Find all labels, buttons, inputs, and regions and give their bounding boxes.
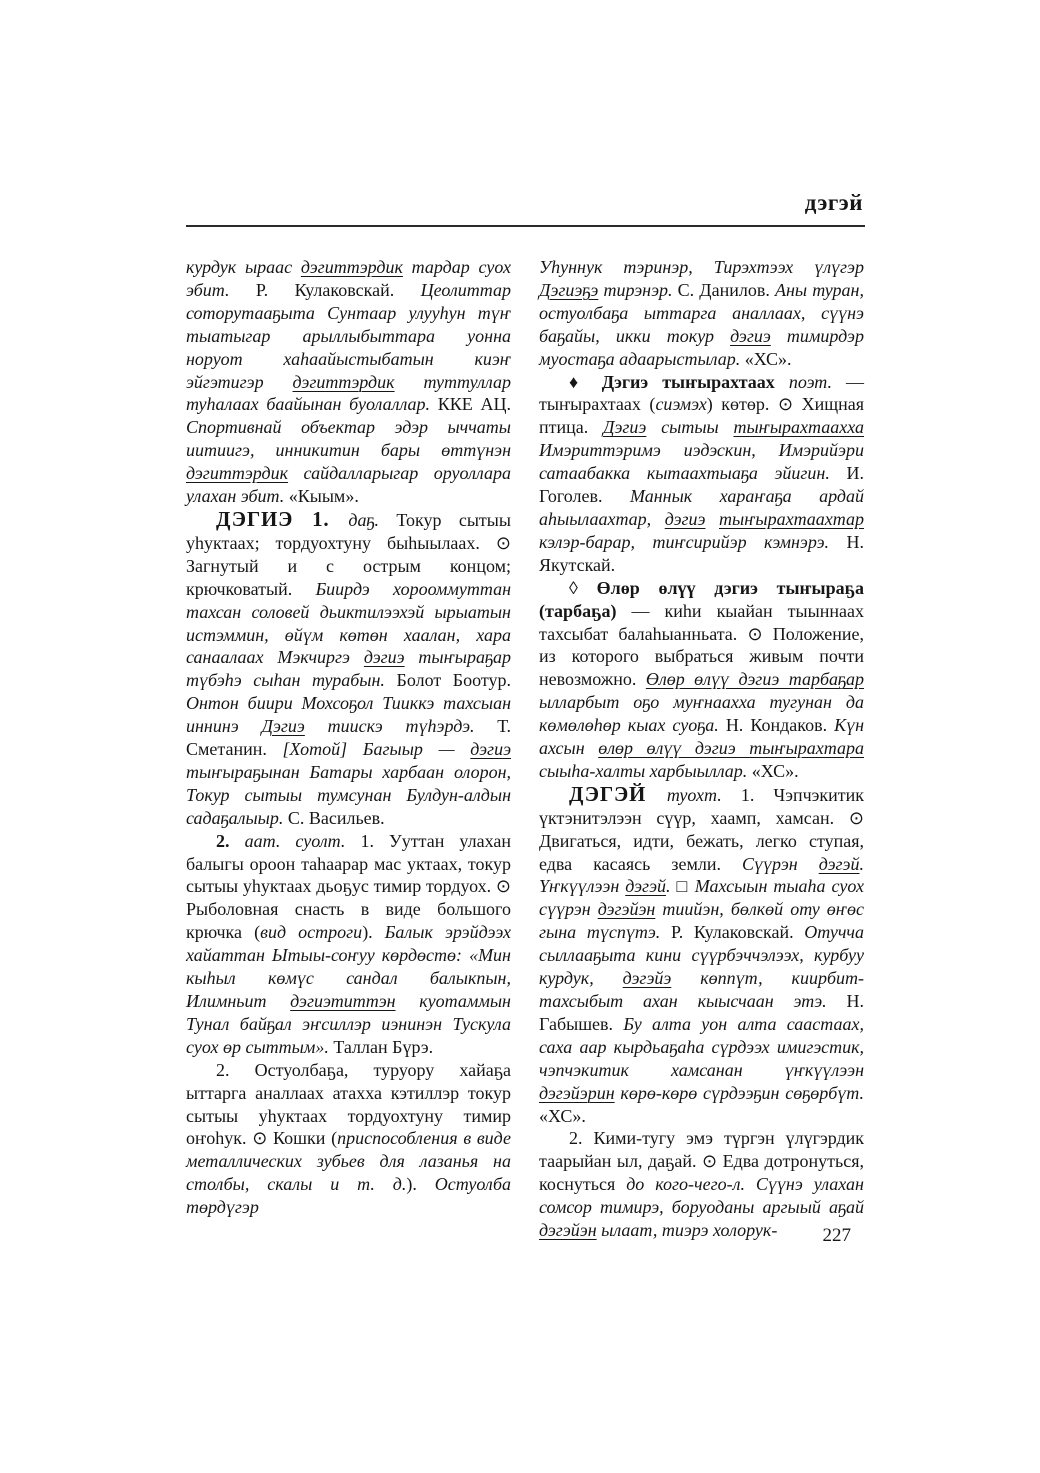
text-segment: дэгиттэрдик [186,463,288,483]
text-segment: дэгэйэрин [539,1083,615,1103]
text-segment: Спортивнай объектар эдэр ыччаты иитиигэ,… [186,417,511,460]
text-segment: дэгиттэрдик [301,257,403,277]
text-segment: туохт. [667,785,741,805]
paragraph: 2. аат. суолт. 1. Ууттан улахан балыгы о… [186,830,511,1059]
text-segment: Кошки ( [273,1128,337,1148]
text-segment: тиискэ түһэрдэ. [305,716,497,736]
text-segment: Р. Кулаковскай. [256,280,421,300]
text-segment: Дэгиэ тыҥырахтаах [602,372,789,392]
paragraph: Уһуннук тэринэр, Тирэхтээх үлүгэр Дэгиэҕ… [539,256,864,371]
text-segment: ) көтөр. [707,394,778,414]
text-segment: сыыһа-халты харбыыллар. [539,761,752,781]
text-segment: кэлэр-барар, тиҥсирийэр кэмнэрэ. [539,532,847,552]
text-segment: тирэнэр. [598,280,677,300]
text-segment: дэгиэ [470,739,511,759]
text-segment: «ХС». [745,349,792,369]
marker-symbol: ♦ [569,372,602,392]
text-segment: дэгэй [819,854,860,874]
text-segment: ). [362,922,385,942]
text-segment: до кого-чего-л. [626,1174,756,1194]
text-segment: дэгэйэ [623,968,672,988]
text-segment: дэгиэтиттэн [290,991,395,1011]
text-segment: дэгиттэрдик [293,372,395,392]
marker-symbol: □ [676,876,694,896]
text-segment: дэгэй [625,876,666,896]
marker-symbol: ◊ [569,578,597,598]
right-column: Уһуннук тэринэр, Тирэхтээх үлүгэр Дэгиэҕ… [539,256,864,1242]
marker-symbol: ⊙ [496,533,511,553]
text-segment: С. Данилов. [678,280,775,300]
left-column: курдук ыраас дэгиттэрдик тардар суох эби… [186,256,511,1242]
text-segment: даҕ. [348,510,396,530]
text-segment: Н. Кондаков. [726,715,834,735]
marker-symbol: ⊙ [747,624,772,644]
text-segment: «Кыым». [289,486,359,506]
text-segment: «ХС». [752,761,799,781]
text-segment: Өлөр өлүү дэгиэ тарбаҕар [646,669,864,689]
text-segment: өлөр өлүү дэгиэ тыҥырахтара [598,738,864,758]
text-segment: курдук ыраас [186,257,301,277]
text-segment: Болот Боотур. [396,670,511,690]
text-segment: С. Васильев. [288,808,385,828]
text-segment: вид остроги [260,922,362,942]
text-segment: дэгэйэн [598,899,656,919]
header-rule [186,225,865,227]
text-segment: сытыы [646,417,733,437]
running-head: дэгэй [186,190,865,216]
text-segment: Дэгиэ [262,716,305,736]
text-segment: 2. [216,831,245,851]
text-columns: курдук ыраас дэгиттэрдик тардар суох эби… [186,256,865,1242]
text-segment: тыҥырахтаахха [733,417,864,437]
paragraph: ДЭГЭЙ туохт. 1. Чэпчэкитик үктэнитэлээн … [539,783,864,1128]
text-segment: Дэгиэҕэ [539,280,598,300]
text-segment: ККЕ АЦ. [438,394,511,414]
text-segment: Сүүрэн [742,854,819,874]
paragraph: курдук ыраас дэгиттэрдик тардар суох эби… [186,256,511,508]
text-segment: [Хотой] Багыыр — [283,739,471,759]
text-segment: дэгиэ [665,509,706,529]
text-segment: дэгиэ [730,326,771,346]
paragraph: ДЭГИЭ 1. даҕ. Токур сытыы уһуктаах; торд… [186,508,511,830]
text-segment: Таллан Бүрэ. [333,1037,433,1057]
text-segment: сиэмэх [655,394,706,414]
dictionary-page: дэгэй курдук ыраас дэгиттэрдик тардар су… [186,190,865,1242]
text-segment: . [666,876,676,896]
text-segment: тыҥырахтаахтар [719,509,864,529]
text-segment: Р. Кулаковскай. [671,922,804,942]
text-segment: Имэриттэримэ иэдэскин, Имэрийэри сатааба… [539,440,864,483]
text-segment: «ХС». [539,1106,586,1126]
marker-symbol: ⊙ [252,1128,273,1148]
paragraph: ♦ Дэгиэ тыҥырахтаах поэт. — тыҥырахтаах … [539,371,864,577]
text-segment: дэгиэ [364,647,405,667]
text-segment: көрө-көрө сүрдээҕин сөҕөрбүт. [615,1083,864,1103]
marker-symbol: ⊙ [849,808,864,828]
text-segment: поэт. [789,372,846,392]
paragraph: 2. Остуолбаҕа, туруору хайаҕа ыттарга ан… [186,1059,511,1219]
marker-symbol: ⊙ [702,1151,723,1171]
headword: ДЭГИЭ 1. [216,507,348,531]
headword: ДЭГЭЙ [569,782,667,806]
text-segment [705,509,719,529]
text-segment: Уһуннук тэринэр, Тирэхтээх үлүгэр [539,257,864,277]
marker-symbol: ⊙ [496,876,511,896]
paragraph: ◊ Өлөр өлүү дэгиэ тыҥыраҕа (тарбаҕа) — к… [539,577,864,783]
marker-symbol: ⊙ [778,394,802,414]
text-segment: аат. суолт. [245,831,361,851]
text-segment: Дэгиэ [603,417,646,437]
text-segment: ). [406,1174,434,1194]
page-number: 227 [186,1225,865,1247]
